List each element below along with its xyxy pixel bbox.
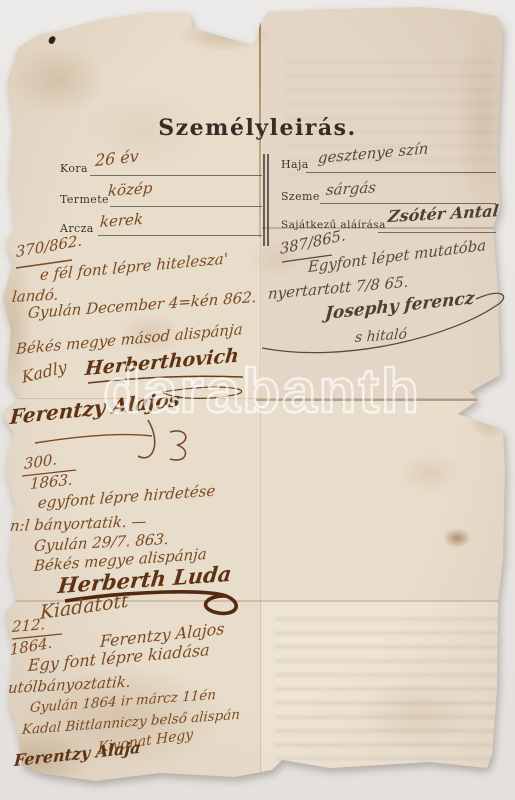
field-label-szeme: Szeme: [281, 190, 320, 203]
note-b-line: s hitaló: [355, 327, 408, 345]
field-value-arcza: kerek: [99, 212, 143, 230]
note-c-number: 300.: [24, 452, 57, 472]
field-line: [306, 172, 496, 173]
field-line: [378, 232, 496, 233]
document-photo: Személyleirás. Kora Termete Arcza Haja S…: [0, 0, 515, 800]
note-c-year: 1863.: [30, 472, 73, 492]
darabanth-watermark: darabanth: [72, 356, 452, 427]
field-label-termete: Termete: [60, 193, 109, 206]
field-line: [90, 175, 262, 176]
field-value-szeme: sárgás: [325, 180, 376, 198]
field-value-kora: 26 év: [95, 148, 139, 169]
column-divider: [263, 154, 265, 246]
field-line: [98, 235, 262, 236]
field-label-kora: Kora: [60, 162, 88, 175]
field-value-termete: közép: [107, 181, 152, 199]
field-label-haja: Haja: [281, 158, 309, 171]
column-divider: [267, 154, 269, 246]
document-title: Személyleirás.: [0, 115, 515, 141]
field-line: [110, 206, 262, 207]
note-d-number: 212.: [12, 617, 46, 635]
